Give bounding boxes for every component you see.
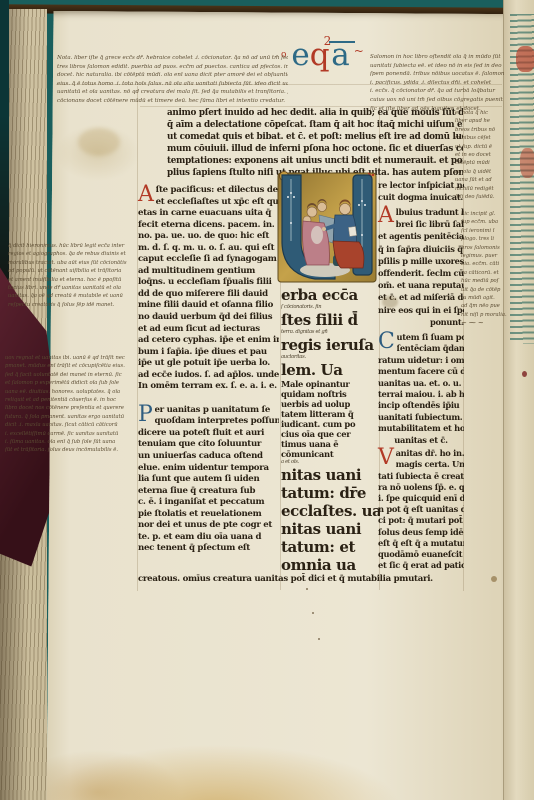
text-line: nec tenent q̄ pſectum eſt [138,543,279,555]
text-line: utem ſi ſuam pcerit [397,332,464,343]
gloss-line: hūc mediū poſ [461,277,519,285]
gloss-line: cōtēptū mūdi [455,159,515,167]
text-line: caput eccleſie ſi ad ſynagogam [138,254,279,266]
text-line: etas in carne euacuans uita q̄ [138,208,279,220]
text-line: no dauid uerbum q̄d dei filius [138,312,279,324]
manuscript-photo: oeq2a~ Nota. liber iſte q̄ grece ecc̄s d… [0,0,534,800]
lemma-line: nitas uani [281,466,380,484]
gloss-line: tocius libri. unde dr̄ uanitas uanitatū … [8,284,138,292]
lemma-line: Male opinantur [281,379,380,389]
gloss-right-middle: et nota q̄ hicliber apud hebreos tribus … [455,109,515,201]
gloss-line: i. ecc̄s. q̄ cōcionator dr̄. q̄a ad turb… [370,87,513,96]
gloss-line: ca cāticorū. et [461,269,519,277]
text-line: uanitati ſubiectum. i. [378,412,464,423]
text-line: brei ſic librū ſalomōis [396,218,464,230]
running-title-letter-e: e [291,37,309,73]
gloss-left-upper: q̄ dicit hieronimus. hūc librū legit ecc… [8,242,138,309]
gloss-line: nichilū redigēt [455,185,515,193]
text-line: quoſdam interpretes poſſunt [155,416,279,428]
gloss-line: regios et agiographos. q̄a de rebus diui… [8,250,138,258]
lemma-line: omnia ua [281,556,380,574]
text-line: ad ecc̄e iudos. ſ. ad ap̄los. unde [138,370,279,382]
text-line: loq̄ns. u eccleſiam ſp̄ualis filii [138,277,279,289]
text-line: temptationes: exponens ait unius uncti b… [167,155,463,167]
text-line: terrai maiou. i. ab hoīe [378,389,464,400]
gloss-line: breos tribus nō [455,126,515,134]
text-line: eterna ſiue q̄ creatura ſub [138,486,279,498]
text-line: om̄. et uana reputauit [378,279,464,291]
text-line: tati ſubiecta ē creatu [378,471,464,482]
text-line: mine filii dauid et oſanna filio [138,300,279,312]
lemma-line: lem. Ua [281,361,380,379]
right-paragraph-3: V anitas dr̄. ho in. eūmmagis certa. Un … [378,448,464,571]
text-line: ad multitudinem gentium [138,266,279,278]
gloss-line: ſoli deo ſuiēdū. [455,193,515,201]
gloss-line: ſpem ponendā. tribus nōibus uocatus ē. ſ… [370,70,513,79]
text-line: ſte pacificus: et dilectus dei pſal [156,185,279,197]
right-intro-continuation: re lector inſpiciat neq̄cuit dogma inuic… [378,180,464,203]
text-line: cuit dogma inuicat. [378,192,464,204]
text-line: ut comedat quis et bibat. et c̄. et poſt… [167,131,463,143]
lemma-line: tatum: et [281,538,380,556]
lemma-line: regis ieruſa [281,336,380,354]
text-line: ſolus deus ſemp idē [378,527,464,538]
gloss-line: eius. q̄ ē totus homo .i. tota hoīs ſalu… [57,80,288,89]
gloss-line: et nota q̄ hic [455,109,515,117]
text-line: ci pot: q̄ mutari pot̄ [378,515,464,526]
text-line: re lector inſpiciat neq̄ [378,180,464,192]
pricking-dot [312,612,314,614]
gloss-right-lower: hic incipit gl.ſup ecc̄m. ubaſcī ieronim… [461,210,519,328]
running-title-letter-a: a [331,37,349,73]
text-line: ra nō uolens ſp̄. e. q. t. e. [378,482,464,493]
gloss-line: uox regnat et uanitas ibi. uanū ē qd trā… [5,354,141,362]
text-line: anitas dr̄. ho in. eūm [396,448,464,459]
gloss-line: plogo. tres li [461,235,519,243]
gloss-line: docet. hic naturalia. ibi cōtēptū mūdi. … [57,71,288,80]
text-line: un uniuerſas caduca oſtend [138,451,279,463]
gloss-line: liber apud he [455,117,515,125]
text-line: no. pa. ue. uo. de quo: hic eſt [138,231,279,243]
text-line: et eccleſiaſtes ut xp̄c eſt qui uniuit [156,197,279,209]
gloss-line: ſed q̄ facit uoluntatē dei manet in eter… [5,371,141,379]
gloss-top-right: Salomon in hoc libro oſtendit oīa q̄ in … [370,53,513,113]
text-line: mutabilitatem et hoc ē [378,423,464,434]
text-line: nor dei et unus de pte cogr et [138,520,279,532]
parchment-spot [491,576,497,582]
gloss-line: et ament inuiſibilia et eterna. hoc ē pp… [8,276,138,284]
gloss-line: uana eē. diuitias. honores. uoluptates. … [5,388,141,396]
gloss-line: hic incipit gl. [461,210,519,218]
text-line: lia ſunt que autem ſi uiden [138,474,279,486]
gloss-line: nit niſi p moralia. [461,311,519,319]
gloss-line: uanitas. q̄a oē qd creatū ē mutabile et … [8,292,138,300]
text-line: ratum uidetur: i oma [378,355,464,366]
text-line: elue. enim uidentur tempora [138,463,279,475]
text-line: i. ſpe quicquid enī de [378,493,464,504]
gloss-line: dicit .i. maxīa uanitas. ſicut cāticū cā… [5,421,141,429]
pricking-dot [318,638,320,640]
text-line: q̄ in ſap̄ra diuiciis q̄ [378,243,464,255]
text-line: In omēm terram ex. ſ. e. a. i. e. [138,381,279,393]
text-line: dicere ua poteſt fluit et auri [138,428,279,440]
text-line: ip̄e ut gl̄e potuit ip̄e uerba lo. [138,358,279,370]
text-line: et ad eum ſicut ad iecturas [138,324,279,336]
gloss-line: uanitati ſubiecta eē. et ideo nō in eis … [370,62,513,71]
lemma-line: quidam noſtris [281,389,380,399]
text-line: ſentēciam q̄dam appa [397,343,464,354]
gloss-line: et in eo docet [455,151,515,159]
text-line: fecit eterna dicens. pacem. in. [138,220,279,232]
gloss-line: q̄ dicit hieronimus. hūc librū legit ecc… [8,242,138,250]
gloss-line: bia. ecc̄m. cāti [461,260,519,268]
fore-edge-spot [522,371,527,377]
text-line: pie ſtolatis et reuelationem [138,509,279,521]
fore-edge-red-mark [520,148,534,178]
lemma-line: uerbis ad uolup [281,399,380,409]
text-line: bum i ſap̄ia. ip̄e diues et pau [138,347,279,359]
lemma-line: ſtes filii d̄ [281,311,380,329]
text-line: ad cetero cyphas. ip̄e et enim in [138,335,279,347]
running-title-postmark: ~ [354,44,364,58]
text-line: te. p. et eam diu oīa uana d [138,532,279,544]
gloss-line: cōcionans docet cōtēnere mūdū et timere … [57,97,288,106]
text-line: uanitas ua. et. o. u. pōſſ [378,378,464,389]
text-line: tenuiam que cito ſoluuntur [138,439,279,451]
rubricated-initial-a: A [138,185,154,205]
gloss-line: tu mūdi agit. [461,294,519,302]
gloss-line: pmanet. mūdus enī trāſit et cōcupiſcētia… [5,362,141,370]
pricking-dot [306,588,308,590]
gloss-line: moralibus tractat. uba aūt eius ſūt cōci… [8,259,138,267]
gloss-line: cuius uox nō uni tm̄ ſed oībus cōgregati… [370,96,513,105]
gloss-top-left: Nota. liber iſte q̄ grece ecc̄s dr̄. heb… [57,54,288,106]
gloss-line: tres libros ſalomon edidit. puerbia ad p… [57,63,288,72]
lemma-line: cōmunicant [281,449,380,459]
gloss-line: ſcī ieronimi ī [461,227,519,235]
left-paragraph-2: P er uanitas p uanitatum ſequoſdam inter… [138,405,279,555]
lemma-line: ecclaſtes. ua [281,502,380,520]
gloss-line: uit q̄a de cōtēp [461,286,519,294]
lemma-line: ſ cōcionatoris. ſin [281,304,380,311]
gloss-line: uana ſūt et ad [455,176,515,184]
historiated-initial-miniature [277,171,378,285]
gloss-left-lower: uox regnat et uanitas ibi. uanū ē qd trā… [5,354,141,455]
gloss-line: i. ſūma uanitas. oīa enī q̄ ſub ſole ſūt… [5,438,141,446]
lemma-line: tatum: dr̄e [281,484,380,502]
gloss-line: ad q̄m nēo pue [461,302,519,310]
lemma-line: erba ecc̄a [281,286,380,304]
gloss-line: ſup ecc̄m. uba [461,218,519,226]
text-line: dd de quo miſerere fili dauid [138,289,279,301]
gloss-line: bros ſalomonis [461,244,519,252]
gloss-line: Nota. liber iſte q̄ grece ecc̄s dr̄. heb… [57,54,288,63]
rubricated-initial-a: A [378,206,394,226]
lemma-line: a et oīs. [281,459,380,466]
parchment-stain [78,128,120,156]
bottom-text-line: creatous. omīus creatura uanitas pot̄ di… [138,574,470,584]
gloss-line: Salomon in hoc libro oſtendit oīa q̄ in … [370,53,513,62]
gloss-line: futura. q̄ ſola pmanent. uanitas ergo ua… [5,413,141,421]
text-line: er uanitas p uanitatum ſe [155,405,279,417]
text-line: quodāmō euaneſcit [378,549,464,560]
lemma-line: cius oīa que cer [281,429,380,439]
text-line: eſt q̄ eſt q̄ a mutatur [378,538,464,549]
right-text-column: re lector inſpiciat neq̄cuit dogma inuic… [378,180,464,571]
text-line: pſilis p mille uxores dm̄ [378,255,464,267]
lemma-line: terra. dignitas et gn̄ [281,329,380,336]
text-line: m. d. ſ. q. m. u. o. ſ. au. qui eſt [138,243,279,255]
text-line: mentum facere cū dr̄ [378,366,464,377]
gloss-line: uanitatū et oīa uanitas. nō qd creatura … [57,88,288,97]
main-text-intro: animo pſert inuido ad hec dedit. alia in… [167,107,463,179]
text-line: et agentis penitēciam [378,230,464,242]
left-text-column: A ſte pacificus: et dilectus dei pſalet … [138,185,279,555]
initial-v-miniature-art [277,171,378,285]
gloss-line: minibus cēſet [455,134,515,142]
gloss-line: ſūt et trāſitoria. ſolus deus incōmutabi… [5,446,141,454]
lemma-line: nitas uani [281,520,380,538]
gloss-line: reſpectu creatoris q̄ ſolus ſēp idē mane… [8,301,138,309]
text-line: n pot q̄ eſt uanitas de [378,504,464,515]
lemma-line: auctoritas. [281,354,380,361]
blue-initial-c: C [378,332,395,352]
text-line: mum cōuiuii. illud de inferni pſona hoc … [167,143,463,155]
gloss-line: libro docet nos cōtēnere preſentia et qu… [5,404,141,412]
text-line: offenderit. ſeclm cū [378,267,464,279]
left-paragraph-1: A ſte pacificus: et dilectus dei pſalet … [138,185,279,393]
gloss-line: legimus. puer [461,252,519,260]
right-paragraph-2: C utem ſi ſuam pceritſentēciam q̄dam app… [378,332,464,446]
text-line: magis certa. Un uani [396,459,464,470]
gloss-line: i. pacificus. ydida .i. dilectus dn̄i. e… [370,79,513,88]
gloss-flourish: ~⁓~ [461,319,519,327]
biblical-lemma-column: erba ecc̄aſ cōcionatoris. ſinſtes filii … [281,286,380,574]
right-paragraph-1: A lbuius tradunt hebrei ſic librū ſalomō… [378,206,464,328]
parchment-stain [382,296,398,308]
gloss-line: et ſalomon p experimētū didicit oīa ſub … [5,379,141,387]
text-line: lbuius tradunt he [396,206,464,218]
lemma-line: tatem litteram q̄ [281,409,380,419]
gloss-line: ad populū. ut cōtēnant uiſibilia et trāſ… [8,267,138,275]
text-line: ponunt. [378,316,464,328]
gloss-line: i. excellētiſſimū carmē. ſic uanitas uan… [5,430,141,438]
text-line: q̄ aīm a delectatione cōpeſcat. ſtam q̄ … [167,119,463,131]
blue-initial-p: P [138,405,153,425]
running-title: oeq2a~ [281,34,364,84]
rubricated-initial-v: V [378,448,394,468]
text-line: animo pſert inuido ad hec dedit. alia in… [167,107,463,119]
gloss-line: ut ſup. dictū ē [455,143,515,151]
text-line: incip oſtendēs ip̄iu [378,400,464,411]
lemma-line: timus uana ē [281,439,380,449]
text-line: et ſic q̄ erat ad pationē [378,560,464,571]
fore-edge-red-mark [516,46,534,72]
gloss-line: na oīa q̄ uidēt [455,168,515,176]
gloss-line: reliquit et ad penitentiā cōuerſus ē. in… [5,396,141,404]
text-line: c. ē. i inganiſat et peccatum [138,497,279,509]
lemma-line: iudicant. cum po [281,419,380,429]
